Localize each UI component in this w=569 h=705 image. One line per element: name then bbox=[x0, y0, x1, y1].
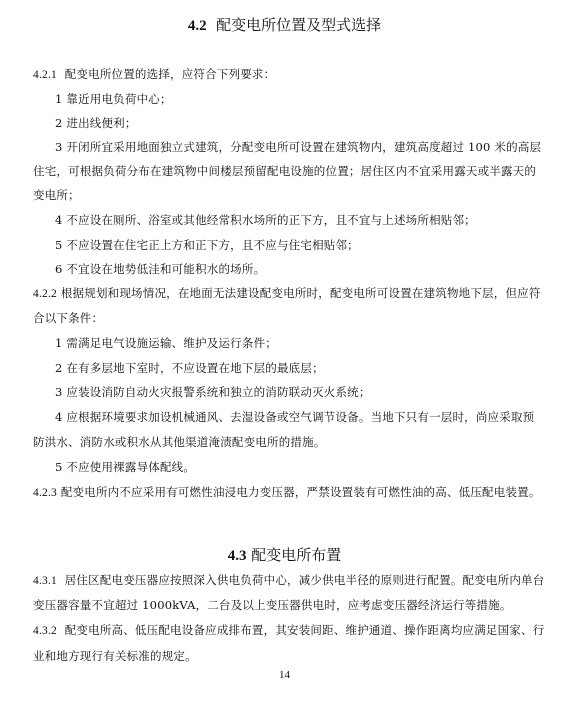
list-item: 1 需满足电气设施运输、维护及运行条件； bbox=[55, 336, 551, 350]
section-heading-4-3: 4.3 配变电所布置 bbox=[0, 544, 569, 565]
section-heading-4-2: 4.2 配变电所位置及型式选择 bbox=[0, 14, 569, 35]
clause-4-2-1: 4.2.1 配变电所位置的选择，应符合下列要求： bbox=[33, 67, 529, 82]
section-title: 配变电所布置 bbox=[251, 546, 341, 564]
clause-4-2-2: 4.2.2 根据规划和现场情况，在地面无法建设配变电所时，配变电所可设置在建筑物… bbox=[33, 286, 529, 301]
clause-continued: 变压器容量不宜超过 1000kVA，二台及以上变压器供电时，应考虑变压器经济运行… bbox=[33, 598, 529, 612]
clause-4-2-3: 4.2.3 配变电所内不应采用有可燃性油浸电力变压器，严禁设置装有可燃性油的高、… bbox=[33, 485, 529, 500]
list-item-continued: 防洪水、消防水或积水从其他渠道淹渍配变电所的措施。 bbox=[33, 435, 529, 449]
list-item: 5 不应使用裸露导体配线。 bbox=[55, 460, 551, 474]
list-item: 3 应装设消防自动火灾报警系统和独立的消防联动灭火系统； bbox=[55, 385, 551, 399]
list-item: 2 进出线便利； bbox=[55, 116, 551, 130]
list-item: 3 开闭所宜采用地面独立式建筑，分配变电所可设置在建筑物内，建筑高度超过 100… bbox=[55, 140, 551, 154]
list-item: 1 靠近用电负荷中心； bbox=[55, 92, 551, 106]
list-item: 4 应根据环境要求加设机械通风、去湿设备或空气调节设备。当地下只有一层时，尚应采… bbox=[55, 410, 551, 424]
clause-4-3-2: 4.3.2 配变电所高、低压配电设备应成排布置，其安装间距、维护通道、操作距离均… bbox=[33, 623, 529, 638]
section-number: 4.2 bbox=[188, 18, 207, 34]
clause-4-3-1: 4.3.1 居住区配电变压器应按照深入供电负荷中心，减少供电半径的原则进行配置。… bbox=[33, 573, 529, 588]
list-item: 4 不应设在厕所、浴室或其他经常积水场所的正下方，且不宜与上述场所相贴邻； bbox=[55, 213, 551, 227]
clause-continued: 业和地方现行有关标准的规定。 bbox=[33, 649, 529, 663]
list-item: 6 不宜设在地势低洼和可能积水的场所。 bbox=[55, 262, 551, 276]
clause-continued: 合以下条件： bbox=[33, 311, 529, 325]
list-item-continued: 住宅，可根据负荷分布在建筑物中间楼层预留配电设施的位置；居住区内不宜采用露天或半… bbox=[33, 164, 529, 178]
section-title: 配变电所位置及型式选择 bbox=[216, 16, 381, 34]
list-item: 2 在有多层地下室时，不应设置在地下层的最底层； bbox=[55, 361, 551, 375]
document-page: 4.2 配变电所位置及型式选择 4.2.1 配变电所位置的选择，应符合下列要求：… bbox=[0, 0, 569, 705]
page-number: 14 bbox=[0, 669, 569, 681]
list-item: 5 不应设置在住宅正上方和正下方，且不应与住宅相贴邻； bbox=[55, 238, 551, 252]
section-number: 4.3 bbox=[228, 548, 247, 564]
list-item-continued: 变电所； bbox=[33, 188, 529, 202]
